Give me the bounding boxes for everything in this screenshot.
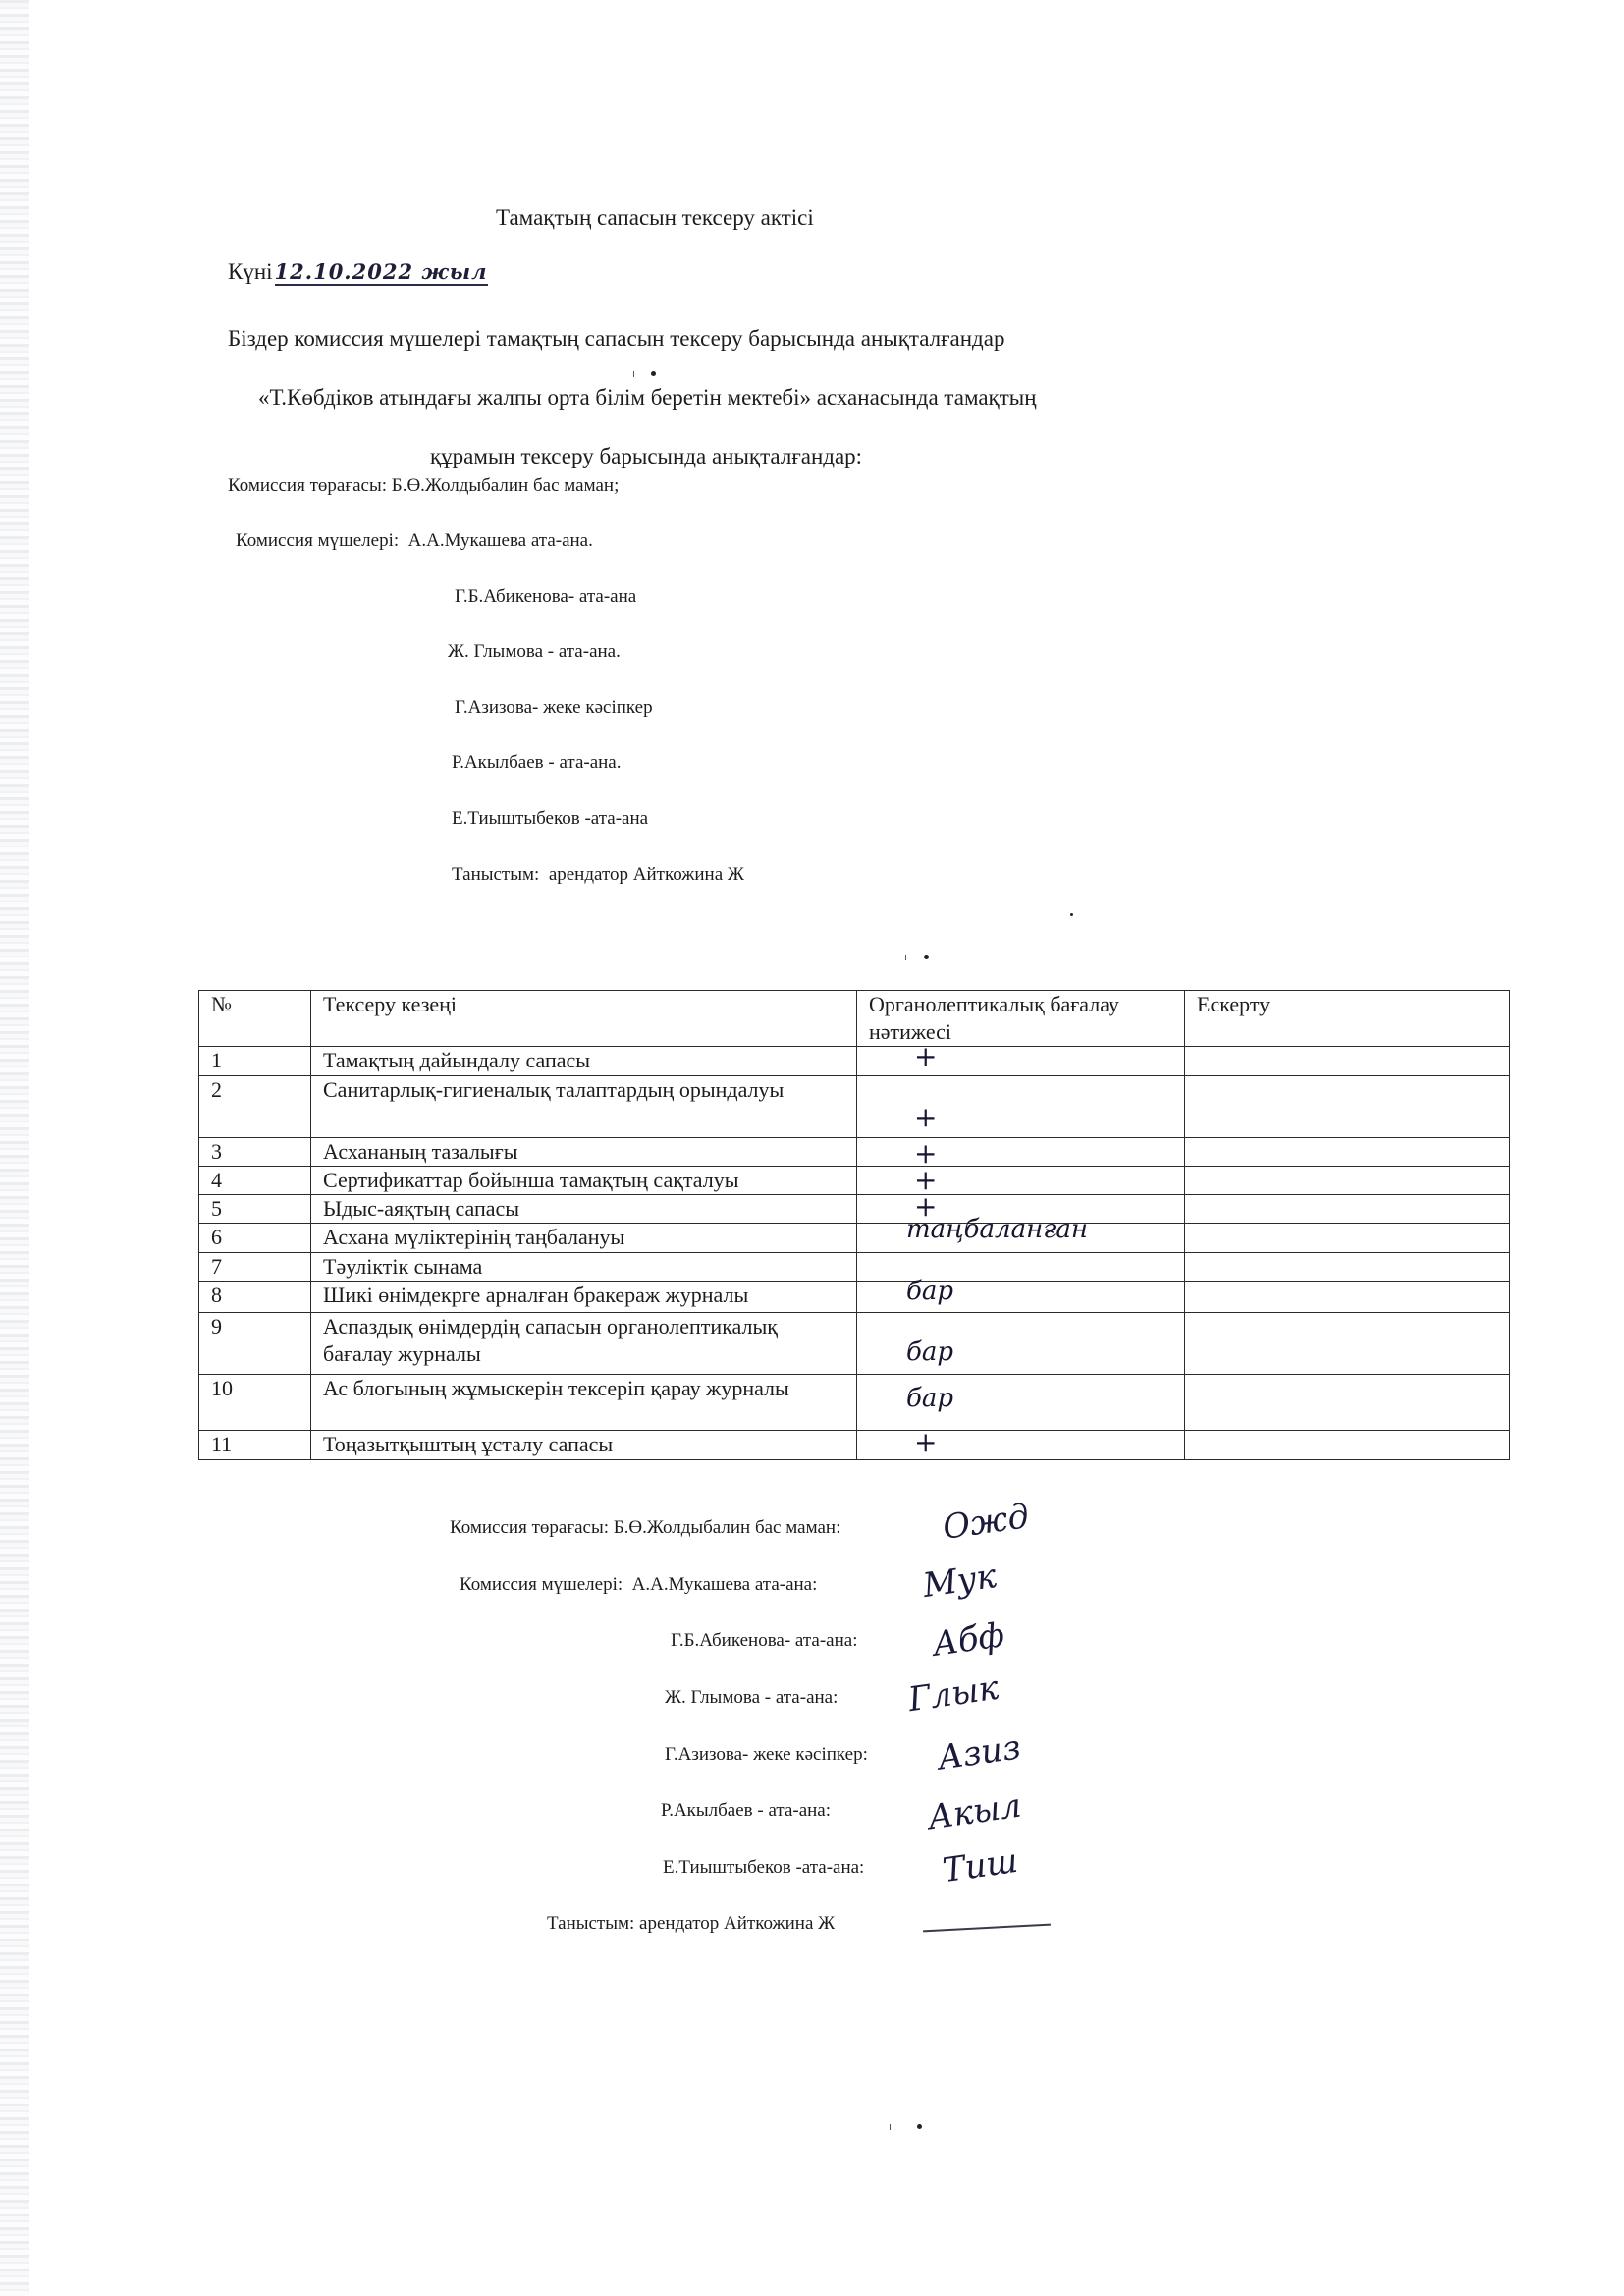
row-result: таңбаланған (857, 1224, 1185, 1253)
handwritten-result: + (857, 1043, 1184, 1070)
header-stage: Тексеру кезеңі (311, 991, 857, 1047)
acquainted: Таныстым: арендатор Айткожина Ж (452, 864, 744, 886)
row-stage: Асхана мүліктерінің таңбалануы (311, 1224, 857, 1253)
scan-speck (924, 955, 929, 959)
row-stage: Ас блогының жұмыскерін тексеріп қарау жу… (311, 1375, 857, 1431)
header-note: Ескерту (1185, 991, 1510, 1047)
table-row: 9Аспаздық өнімдердің сапасын органолепти… (199, 1313, 1510, 1375)
intro-line-1: Біздер комиссия мүшелері тамақтың сапасы… (228, 326, 1004, 352)
row-result: бар (857, 1282, 1185, 1313)
row-stage: Тоңазытқыштың ұсталу сапасы (311, 1431, 857, 1460)
row-stage: Тәуліктік сынама (311, 1253, 857, 1282)
row-stage: Шикі өнімдекрге арналған бракераж журнал… (311, 1282, 857, 1313)
table-row: 7Тәуліктік сынама (199, 1253, 1510, 1282)
row-note (1185, 1076, 1510, 1138)
row-result: + (857, 1076, 1185, 1138)
row-result: + (857, 1138, 1185, 1167)
commission-members-first: Комиссия мүшелері: А.А.Мукашева ата-ана. (236, 530, 593, 552)
commission-chair: Комиссия төрағасы: Б.Ө.Жолдыбалин бас ма… (228, 475, 619, 497)
row-number: 9 (199, 1313, 311, 1375)
row-note (1185, 1167, 1510, 1195)
table-row: 6Асхана мүліктерінің таңбалануытаңбаланғ… (199, 1224, 1510, 1253)
header-number: № (199, 991, 311, 1047)
handwritten-signature: Мук (921, 1557, 1000, 1606)
scan-edge-artifact (0, 0, 29, 2296)
scan-speck (1070, 913, 1073, 916)
sign-member-3: Ж. Глымова - ата-ана: (665, 1687, 838, 1709)
handwritten-result: бар (857, 1278, 1184, 1305)
table-row: 1Тамақтың дайындалу сапасы+ (199, 1047, 1510, 1076)
handwritten-signature: Глык (906, 1668, 1001, 1720)
member-2: Г.Б.Абикенова- ата-ана (455, 586, 636, 608)
acquainted-label: Таныстым: (452, 864, 539, 885)
row-result: + (857, 1431, 1185, 1460)
member-1: А.А.Мукашева ата-ана. (408, 530, 593, 551)
row-number: 7 (199, 1253, 311, 1282)
handwritten-result: + (857, 1167, 1184, 1194)
member-6: Е.Тиыштыбеков -ата-ана (452, 808, 648, 830)
sign-member-6: Е.Тиыштыбеков -ата-ана: (663, 1857, 864, 1879)
handwritten-result: + (857, 1104, 1184, 1131)
row-note (1185, 1375, 1510, 1431)
member-5: Р.Акылбаев - ата-ана. (452, 752, 622, 774)
table-row: 8Шикі өнімдекрге арналған бракераж журна… (199, 1282, 1510, 1313)
chair-name: Б.Ө.Жолдыбалин бас маман; (392, 475, 620, 496)
handwritten-signature: Ожд (941, 1497, 1032, 1548)
sign-member-2: Г.Б.Абикенова- ата-ана: (671, 1630, 857, 1652)
sign-members-label: Комиссия мүшелері: (460, 1574, 623, 1595)
row-number: 2 (199, 1076, 311, 1138)
handwritten-result: бар (857, 1385, 1184, 1412)
row-stage: Тамақтың дайындалу сапасы (311, 1047, 857, 1076)
row-note (1185, 1253, 1510, 1282)
handwritten-result: бар (857, 1339, 1184, 1366)
row-number: 10 (199, 1375, 311, 1431)
row-note (1185, 1138, 1510, 1167)
scan-speck (890, 2124, 891, 2130)
handwritten-signature: Акыл (926, 1786, 1024, 1838)
header-result: Органолептикалық бағалау нәтижесі (857, 991, 1185, 1047)
row-result: + (857, 1047, 1185, 1076)
date-row: Күні12.10.2022 жыл (228, 259, 488, 286)
handwritten-signature: Абф (931, 1615, 1007, 1665)
sign-acquainted: Таныстым: арендатор Айткожина Ж (547, 1913, 835, 1935)
row-result: + (857, 1167, 1185, 1195)
handwritten-result: + (857, 1429, 1184, 1456)
table-row: 3Асхананың тазалығы+ (199, 1138, 1510, 1167)
row-number: 11 (199, 1431, 311, 1460)
scan-speck (905, 955, 906, 960)
scan-speck (651, 371, 656, 376)
member-3: Ж. Глымова - ата-ана. (448, 641, 621, 663)
members-label: Комиссия мүшелері: (236, 530, 399, 551)
table-header-row: № Тексеру кезеңі Органолептикалық бағала… (199, 991, 1510, 1047)
sign-member-4: Г.Азизова- жеке кәсіпкер: (665, 1744, 868, 1766)
table-row: 5Ыдыс-аяқтың сапасы+ (199, 1195, 1510, 1224)
table-row: 11Тоңазытқыштың ұсталу сапасы+ (199, 1431, 1510, 1460)
row-note (1185, 1195, 1510, 1224)
handwritten-signature: Азиз (936, 1727, 1023, 1777)
row-stage: Аспаздық өнімдердің сапасын органолептик… (311, 1313, 857, 1375)
date-label: Күні (228, 259, 273, 284)
row-number: 1 (199, 1047, 311, 1076)
inspection-table: № Тексеру кезеңі Органолептикалық бағала… (198, 990, 1510, 1460)
row-result: бар (857, 1313, 1185, 1375)
table-row: 2Санитарлық-гигиеналық талаптардың орынд… (199, 1076, 1510, 1138)
row-note (1185, 1431, 1510, 1460)
row-number: 8 (199, 1282, 311, 1313)
row-number: 3 (199, 1138, 311, 1167)
table-row: 10Ас блогының жұмыскерін тексеріп қарау … (199, 1375, 1510, 1431)
scan-speck (917, 2124, 922, 2129)
row-note (1185, 1047, 1510, 1076)
sign-member-1: А.А.Мукашева ата-ана: (632, 1574, 818, 1595)
row-note (1185, 1282, 1510, 1313)
acquainted-name: арендатор Айткожина Ж (549, 864, 744, 885)
row-stage: Ыдыс-аяқтың сапасы (311, 1195, 857, 1224)
row-note (1185, 1224, 1510, 1253)
sign-member-5: Р.Акылбаев - ата-ана: (661, 1800, 831, 1822)
handwritten-result: таңбаланған (857, 1216, 1184, 1243)
row-number: 6 (199, 1224, 311, 1253)
row-stage: Санитарлық-гигиеналық талаптардың орында… (311, 1076, 857, 1138)
scan-speck (633, 371, 634, 377)
intro-line-2: «Т.Көбдіков атындағы жалпы орта білім бе… (258, 385, 1037, 410)
document-title: Тамақтың сапасын тексеру актісі (496, 205, 814, 231)
row-stage: Сертификаттар бойынша тамақтың сақталуы (311, 1167, 857, 1195)
intro-line-3: құрамын тексеру барысында анықталғандар: (430, 444, 862, 469)
handwritten-signature: Тиш (941, 1841, 1021, 1890)
row-note (1185, 1313, 1510, 1375)
row-result: бар (857, 1375, 1185, 1431)
handwritten-result: + (857, 1140, 1184, 1168)
chair-label: Комиссия төрағасы: (228, 475, 387, 496)
row-number: 4 (199, 1167, 311, 1195)
member-4: Г.Азизова- жеке кәсіпкер (455, 697, 653, 719)
date-value: 12.10.2022 жыл (275, 259, 488, 286)
sign-members-first: Комиссия мүшелері: А.А.Мукашева ата-ана: (460, 1574, 817, 1596)
table-row: 4Сертификаттар бойынша тамақтың сақталуы… (199, 1167, 1510, 1195)
sign-chair: Комиссия төрағасы: Б.Ө.Жолдыбалин бас ма… (450, 1517, 840, 1539)
row-number: 5 (199, 1195, 311, 1224)
row-stage: Асхананың тазалығы (311, 1138, 857, 1167)
signature-underline (923, 1924, 1051, 1933)
